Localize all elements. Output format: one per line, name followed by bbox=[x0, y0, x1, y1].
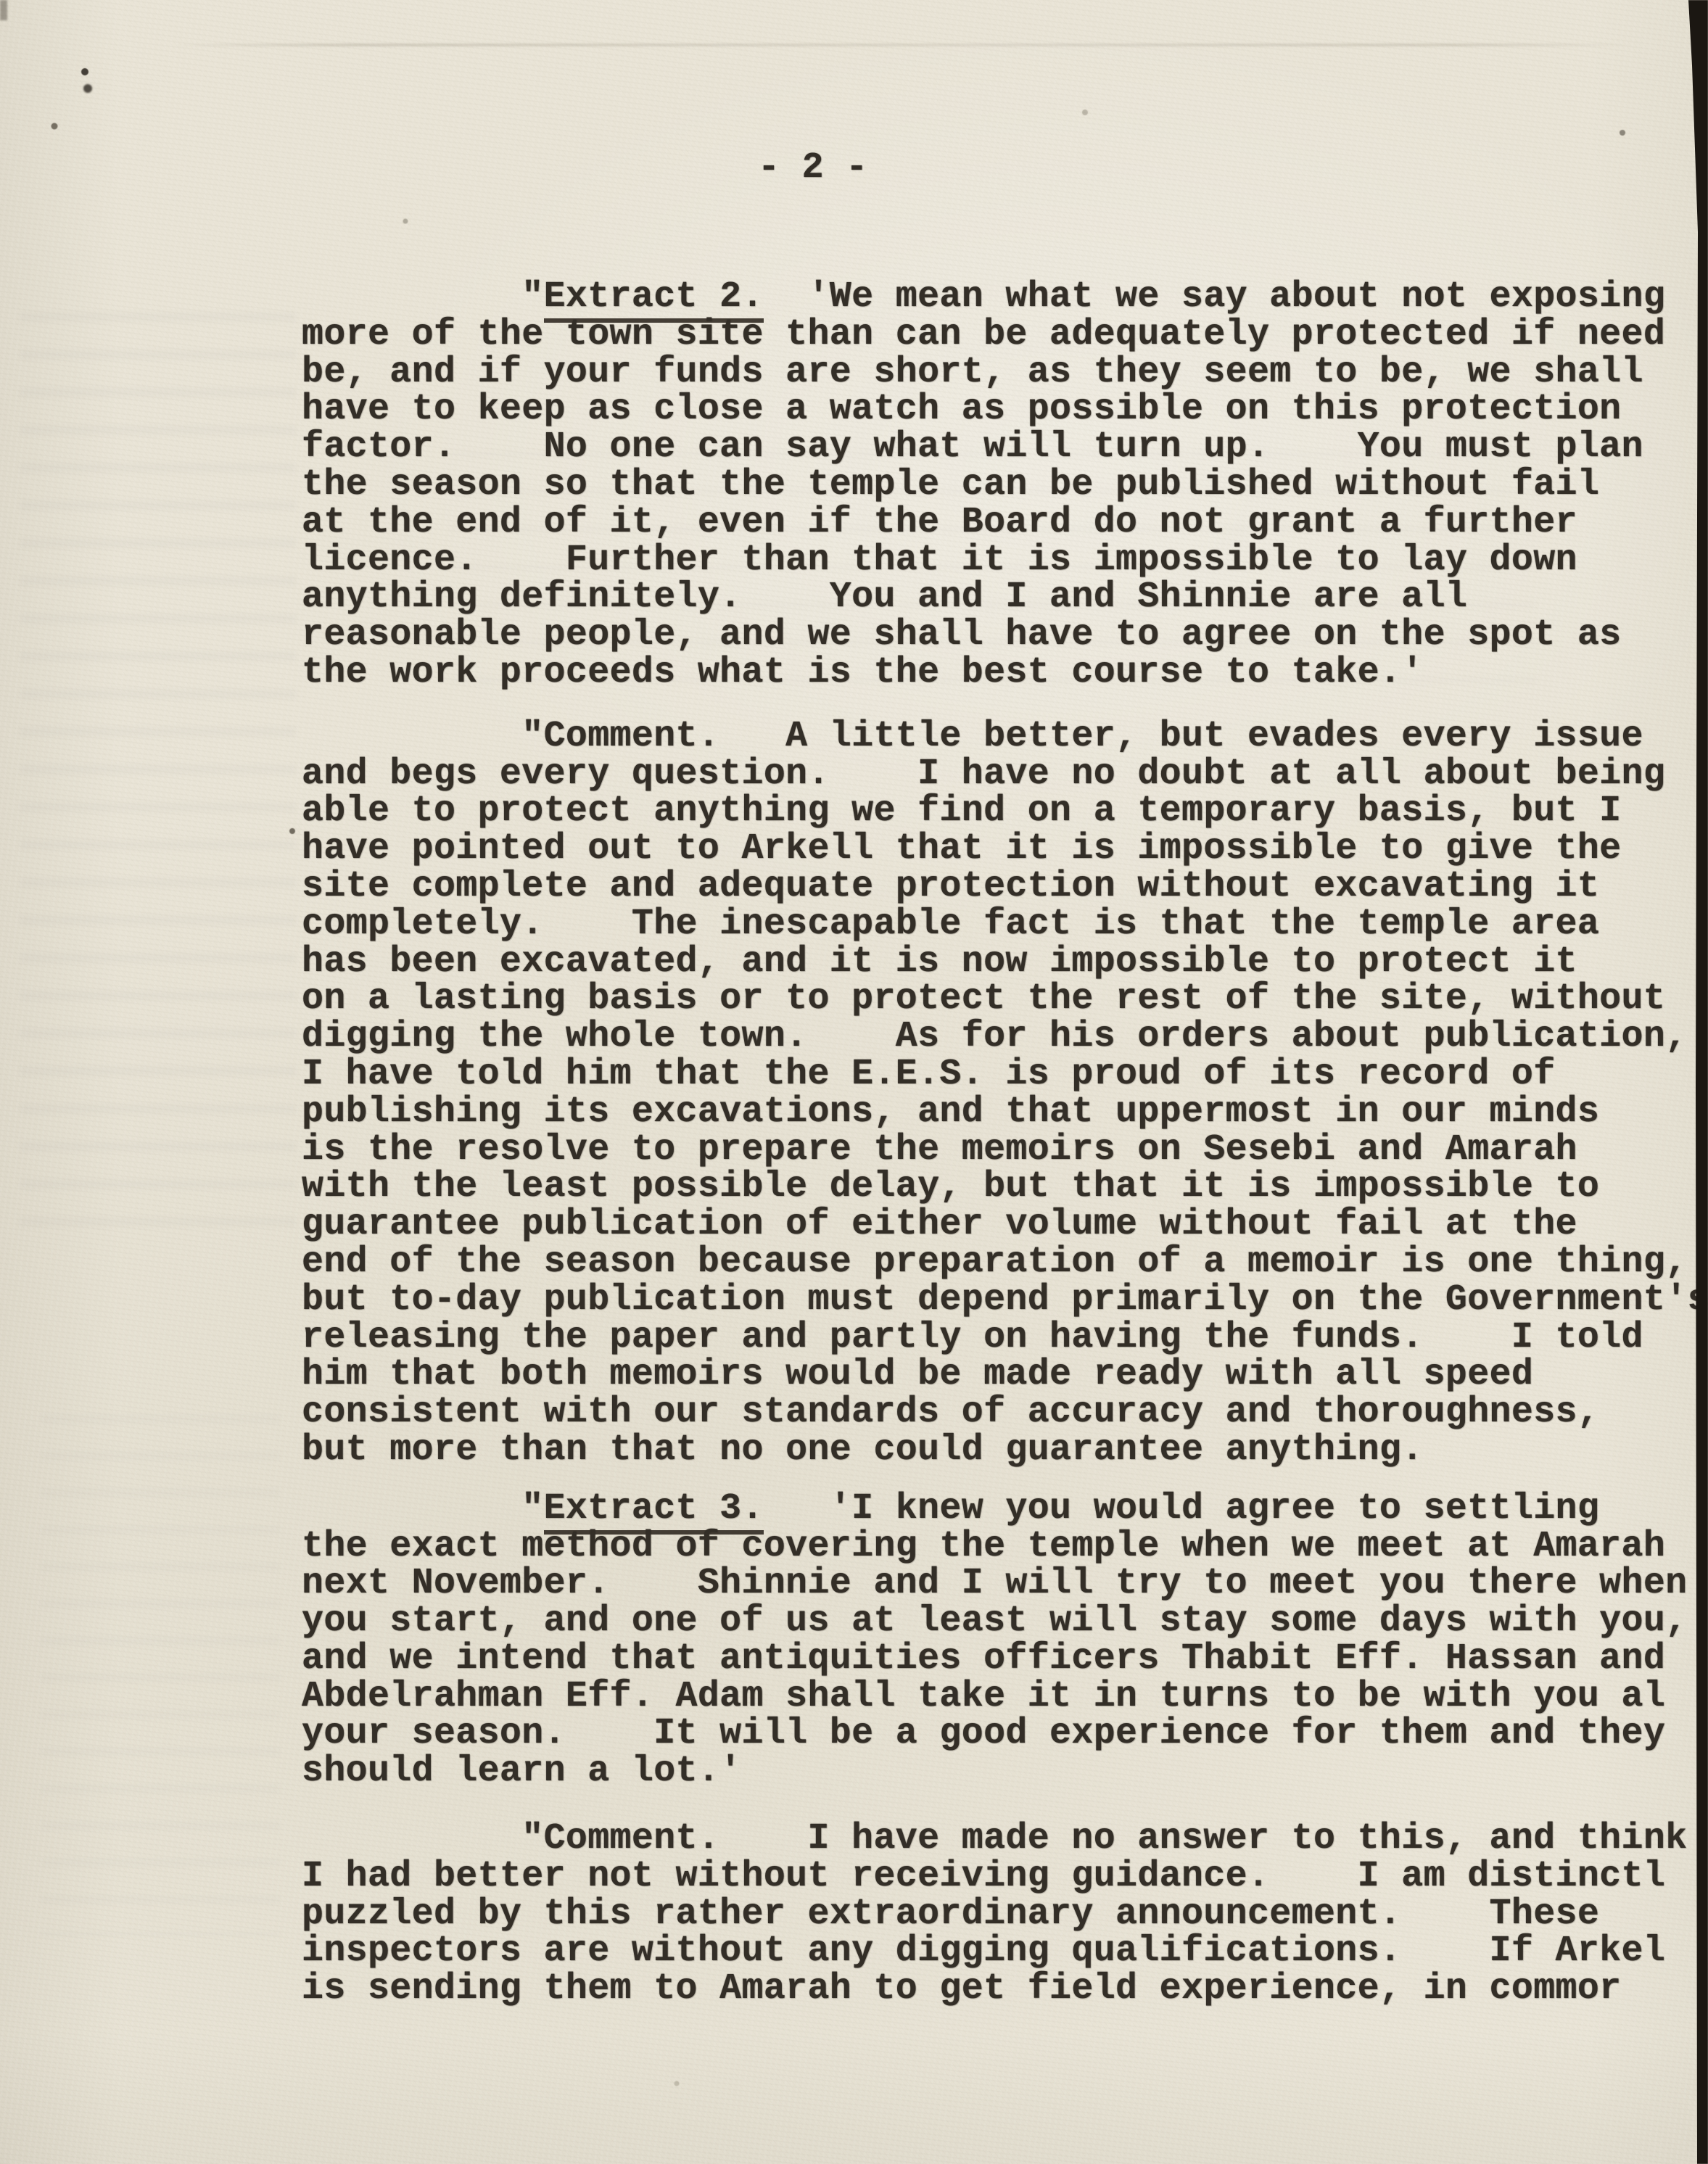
text-line: on a lasting basis or to protect the res… bbox=[302, 980, 1708, 1018]
text-line: able to protect anything we find on a te… bbox=[302, 793, 1708, 830]
text-line: publishing its excavations, and that upp… bbox=[302, 1094, 1708, 1131]
text-line: more of the town site than can be adequa… bbox=[302, 316, 1708, 354]
text-line: with the least possible delay, but that … bbox=[302, 1168, 1708, 1206]
paragraph-extract-2: "Extract 2. 'We mean what we say about n… bbox=[302, 278, 1708, 692]
paragraph-first-line: "Extract 2. 'We mean what we say about n… bbox=[302, 278, 1708, 316]
text-line: but more than that no one could guarante… bbox=[302, 1432, 1708, 1469]
text-line: reasonable people, and we shall have to … bbox=[302, 616, 1708, 654]
text-line: is sending them to Amarah to get field e… bbox=[302, 1970, 1708, 2008]
comment-heading: Comment. bbox=[544, 716, 720, 757]
text-line: you start, and one of us at least will s… bbox=[302, 1603, 1708, 1640]
text-line: end of the season because preparation of… bbox=[302, 1244, 1708, 1281]
document-page: - 2 - "Extract 2. 'We mean what we say a… bbox=[0, 0, 1708, 2164]
comment-heading: Comment. bbox=[544, 1818, 720, 1859]
opening-quote: " bbox=[302, 1818, 544, 1859]
paragraph-first-line: "Comment. A little better, but evades ev… bbox=[302, 718, 1708, 756]
heading-rest-text: 'We mean what we say about not exposing bbox=[764, 276, 1665, 318]
text-line: the work proceeds what is the best cours… bbox=[302, 654, 1708, 692]
text-line: is the resolve to prepare the memoirs on… bbox=[302, 1131, 1708, 1169]
opening-quote: " bbox=[302, 276, 544, 318]
heading-rest-text: A little better, but evades every issue bbox=[719, 716, 1643, 757]
text-line: digging the whole town. As for his order… bbox=[302, 1018, 1708, 1056]
text-line: inspectors are without any digging quali… bbox=[302, 1933, 1708, 1970]
text-line: factor. No one can say what will turn up… bbox=[302, 429, 1708, 466]
text-line: and begs every question. I have no doubt… bbox=[302, 756, 1708, 793]
text-line: him that both memoirs would be made read… bbox=[302, 1356, 1708, 1394]
paragraph-extract-3: "Extract 3. 'I knew you would agree to s… bbox=[302, 1490, 1708, 1791]
text-line: be, and if your funds are short, as they… bbox=[302, 354, 1708, 392]
paragraph-comment-2: "Comment. I have made no answer to this,… bbox=[302, 1820, 1708, 2008]
paragraph-comment-1: "Comment. A little better, but evades ev… bbox=[302, 718, 1708, 1469]
ink-specks bbox=[0, 0, 4, 4]
text-line: the season so that the temple can be pub… bbox=[302, 466, 1708, 504]
text-line: anything definitely. You and I and Shinn… bbox=[302, 579, 1708, 616]
text-line: I have told him that the E.E.S. is proud… bbox=[302, 1056, 1708, 1094]
text-line: puzzled by this rather extraordinary ann… bbox=[302, 1896, 1708, 1933]
text-line: have pointed out to Arkell that it is im… bbox=[302, 830, 1708, 868]
text-line: completely. The inescapable fact is that… bbox=[302, 906, 1708, 943]
heading-rest-text: I have made no answer to this, and think bbox=[719, 1818, 1687, 1859]
text-line: I had better not without receiving guida… bbox=[302, 1858, 1708, 1896]
text-line: guarantee publication of either volume w… bbox=[302, 1206, 1708, 1244]
text-line: the exact method of covering the temple … bbox=[302, 1528, 1708, 1566]
text-line: should learn a lot.' bbox=[302, 1753, 1708, 1791]
text-line: have to keep as close a watch as possibl… bbox=[302, 391, 1708, 429]
text-line: consistent with our standards of accurac… bbox=[302, 1394, 1708, 1432]
text-line: has been excavated, and it is now imposs… bbox=[302, 943, 1708, 981]
text-line: your season. It will be a good experienc… bbox=[302, 1715, 1708, 1753]
text-line: licence. Further than that it is impossi… bbox=[302, 542, 1708, 579]
bleed-through-smudge bbox=[41, 1414, 280, 1936]
paragraph-first-line: "Comment. I have made no answer to this,… bbox=[302, 1820, 1708, 1858]
letter-body: "Extract 2. 'We mean what we say about n… bbox=[302, 278, 1708, 2008]
bleed-through-smudge bbox=[20, 312, 296, 1255]
opening-quote: " bbox=[302, 716, 544, 757]
heading-rest-text: 'I knew you would agree to settling bbox=[764, 1488, 1599, 1529]
text-line: and we intend that antiquities officers … bbox=[302, 1640, 1708, 1678]
page-number: - 2 - bbox=[758, 149, 868, 187]
paragraph-first-line: "Extract 3. 'I knew you would agree to s… bbox=[302, 1490, 1708, 1528]
text-line: Abdelrahman Eff. Adam shall take it in t… bbox=[302, 1678, 1708, 1716]
text-line: releasing the paper and partly on having… bbox=[302, 1319, 1708, 1357]
text-line: but to-day publication must depend prima… bbox=[302, 1281, 1708, 1319]
paper-fold-line bbox=[174, 44, 1632, 46]
text-line: at the end of it, even if the Board do n… bbox=[302, 504, 1708, 542]
text-line: next November. Shinnie and I will try to… bbox=[302, 1565, 1708, 1603]
opening-quote: " bbox=[302, 1488, 544, 1529]
text-line: site complete and adequate protection wi… bbox=[302, 868, 1708, 906]
